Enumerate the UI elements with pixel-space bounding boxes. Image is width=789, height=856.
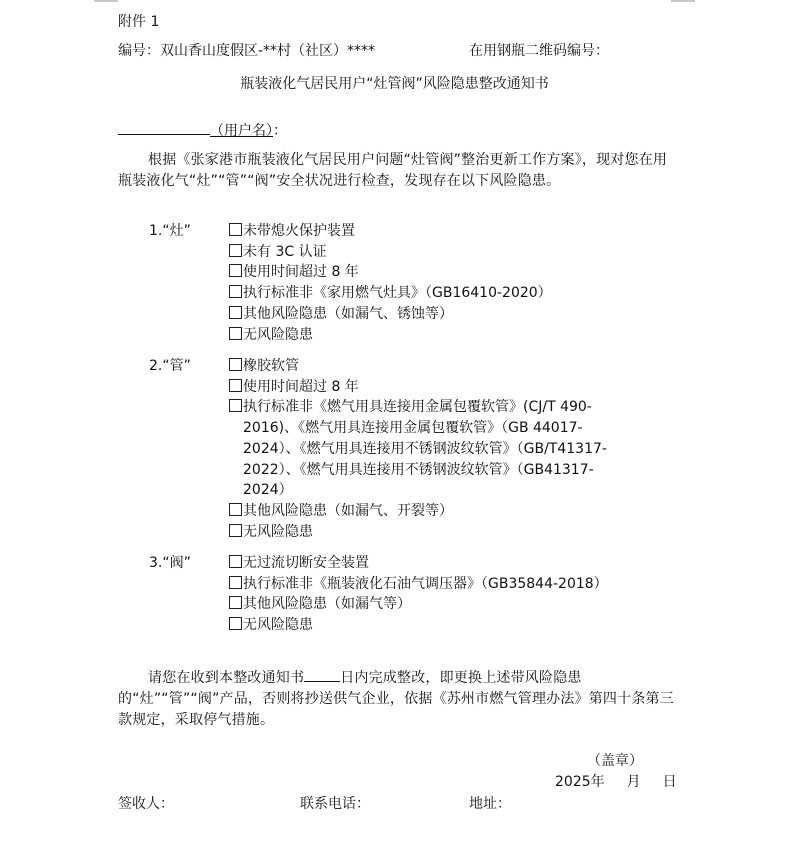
seal-label: （盖章） xyxy=(587,751,643,771)
options-list: 未带熄火保护装置 未有 3C 认证 使用时间超过 8 年 执行标准非《家用燃气灶… xyxy=(229,221,609,345)
checkbox-icon[interactable] xyxy=(229,524,242,537)
checkbox-option[interactable]: 无风险隐患 xyxy=(229,522,609,543)
user-name-line: （用户名）： xyxy=(118,119,287,141)
date-year-unit: 年 xyxy=(591,772,605,792)
intro-paragraph: 根据《张家港市瓶装液化气居民用户问题“灶管阀”整治更新工作方案》，现对您在用瓶装… xyxy=(118,150,678,192)
checkbox-icon[interactable] xyxy=(229,555,242,568)
date-day-unit: 日 xyxy=(663,772,677,792)
checkbox-icon[interactable] xyxy=(229,264,242,277)
page-corner-mark-right xyxy=(671,0,695,2)
options-list: 橡胶软管 使用时间超过 8 年 执行标准非《燃气用具连接用金属包覆软管》(CJ/… xyxy=(229,356,609,542)
checkbox-option[interactable]: 执行标准非《家用燃气灶具》（GB16410-2020） xyxy=(229,283,609,304)
checkbox-option[interactable]: 无过流切断安全装置 xyxy=(229,553,609,574)
checkbox-icon[interactable] xyxy=(229,223,242,236)
checkbox-option[interactable]: 未带熄火保护装置 xyxy=(229,221,609,242)
option-label: 其他风险隐患（如漏气、锈蚀等） xyxy=(243,306,453,322)
serial-number-label: 编号：双山香山度假区-**村（社区）**** xyxy=(118,41,375,61)
checkbox-option[interactable]: 无风险隐患 xyxy=(229,325,609,346)
option-label: 执行标准非《家用燃气灶具》（GB16410-2020） xyxy=(243,285,552,301)
checkbox-option[interactable]: 其他风险隐患（如漏气等） xyxy=(229,594,609,615)
checkbox-icon[interactable] xyxy=(229,596,242,609)
checkbox-icon[interactable] xyxy=(229,358,242,371)
option-label: 执行标准非《瓶装液化石油气调压器》（GB35844-2018） xyxy=(243,576,608,592)
qr-code-number-label: 在用钢瓶二维码编号： xyxy=(469,41,609,61)
checkbox-option[interactable]: 其他风险隐患（如漏气、开裂等） xyxy=(229,501,609,522)
checkbox-icon[interactable] xyxy=(229,327,242,340)
date-year: 2025 xyxy=(555,772,591,792)
date-month-unit: 月 xyxy=(627,772,641,792)
attachment-label: 附件 1 xyxy=(118,12,159,32)
checkbox-icon[interactable] xyxy=(229,576,242,589)
option-label: 无过流切断安全装置 xyxy=(243,555,369,571)
signer-label: 签收人： xyxy=(118,794,174,814)
checkbox-option[interactable]: 橡胶软管 xyxy=(229,356,609,377)
page-corner-mark-left xyxy=(94,0,118,2)
user-name-label: （用户名） xyxy=(210,123,273,139)
checkbox-option[interactable]: 其他风险隐患（如漏气、锈蚀等） xyxy=(229,304,609,325)
days-blank[interactable] xyxy=(304,667,340,682)
phone-label: 联系电话： xyxy=(300,794,370,814)
checkbox-option[interactable]: 执行标准非《瓶装液化石油气调压器》（GB35844-2018） xyxy=(229,574,609,595)
option-label: 执行标准非《燃气用具连接用金属包覆软管》(CJ/T 490-2016)、《燃气用… xyxy=(243,399,607,498)
checkbox-icon[interactable] xyxy=(229,617,242,630)
section-label: 3.“阀” xyxy=(149,553,191,574)
checkbox-option[interactable]: 无风险隐患 xyxy=(229,615,609,636)
checkbox-option[interactable]: 使用时间超过 8 年 xyxy=(229,262,609,283)
user-name-blank[interactable] xyxy=(118,119,210,135)
checkbox-option[interactable]: 未有 3C 认证 xyxy=(229,242,609,263)
document-title: 瓶装液化气居民用户“灶管阀”风险隐患整改通知书 xyxy=(0,74,789,94)
address-label: 地址： xyxy=(469,794,511,814)
option-label: 使用时间超过 8 年 xyxy=(243,379,359,395)
option-label: 其他风险隐患（如漏气等） xyxy=(243,596,411,612)
option-label: 无风险隐患 xyxy=(243,617,313,633)
section-label: 2.“管” xyxy=(149,356,191,377)
checkbox-icon[interactable] xyxy=(229,503,242,516)
option-label: 其他风险隐患（如漏气、开裂等） xyxy=(243,503,453,519)
option-label: 橡胶软管 xyxy=(243,358,299,374)
closing-text-part1: 请您在收到本整改通知书 xyxy=(148,670,304,686)
checkbox-icon[interactable] xyxy=(229,306,242,319)
closing-paragraph: 请您在收到本整改通知书日内完成整改，即更换上述带风险隐患的“灶”“管”“阀”产品… xyxy=(118,667,678,731)
checkbox-option[interactable]: 使用时间超过 8 年 xyxy=(229,377,609,398)
checkbox-icon[interactable] xyxy=(229,399,242,412)
checkbox-icon[interactable] xyxy=(229,379,242,392)
checkbox-icon[interactable] xyxy=(229,285,242,298)
options-list: 无过流切断安全装置 执行标准非《瓶装液化石油气调压器》（GB35844-2018… xyxy=(229,553,609,636)
date-line: 2025年月日 xyxy=(555,772,677,792)
option-label: 使用时间超过 8 年 xyxy=(243,264,359,280)
option-label: 无风险隐患 xyxy=(243,327,313,343)
option-label: 未有 3C 认证 xyxy=(243,244,327,260)
option-label: 无风险隐患 xyxy=(243,524,313,540)
section-label: 1.“灶” xyxy=(149,221,191,242)
checkbox-option[interactable]: 执行标准非《燃气用具连接用金属包覆软管》(CJ/T 490-2016)、《燃气用… xyxy=(229,397,609,501)
user-name-colon: ： xyxy=(273,123,287,139)
checkbox-icon[interactable] xyxy=(229,244,242,257)
option-label: 未带熄火保护装置 xyxy=(243,223,355,239)
